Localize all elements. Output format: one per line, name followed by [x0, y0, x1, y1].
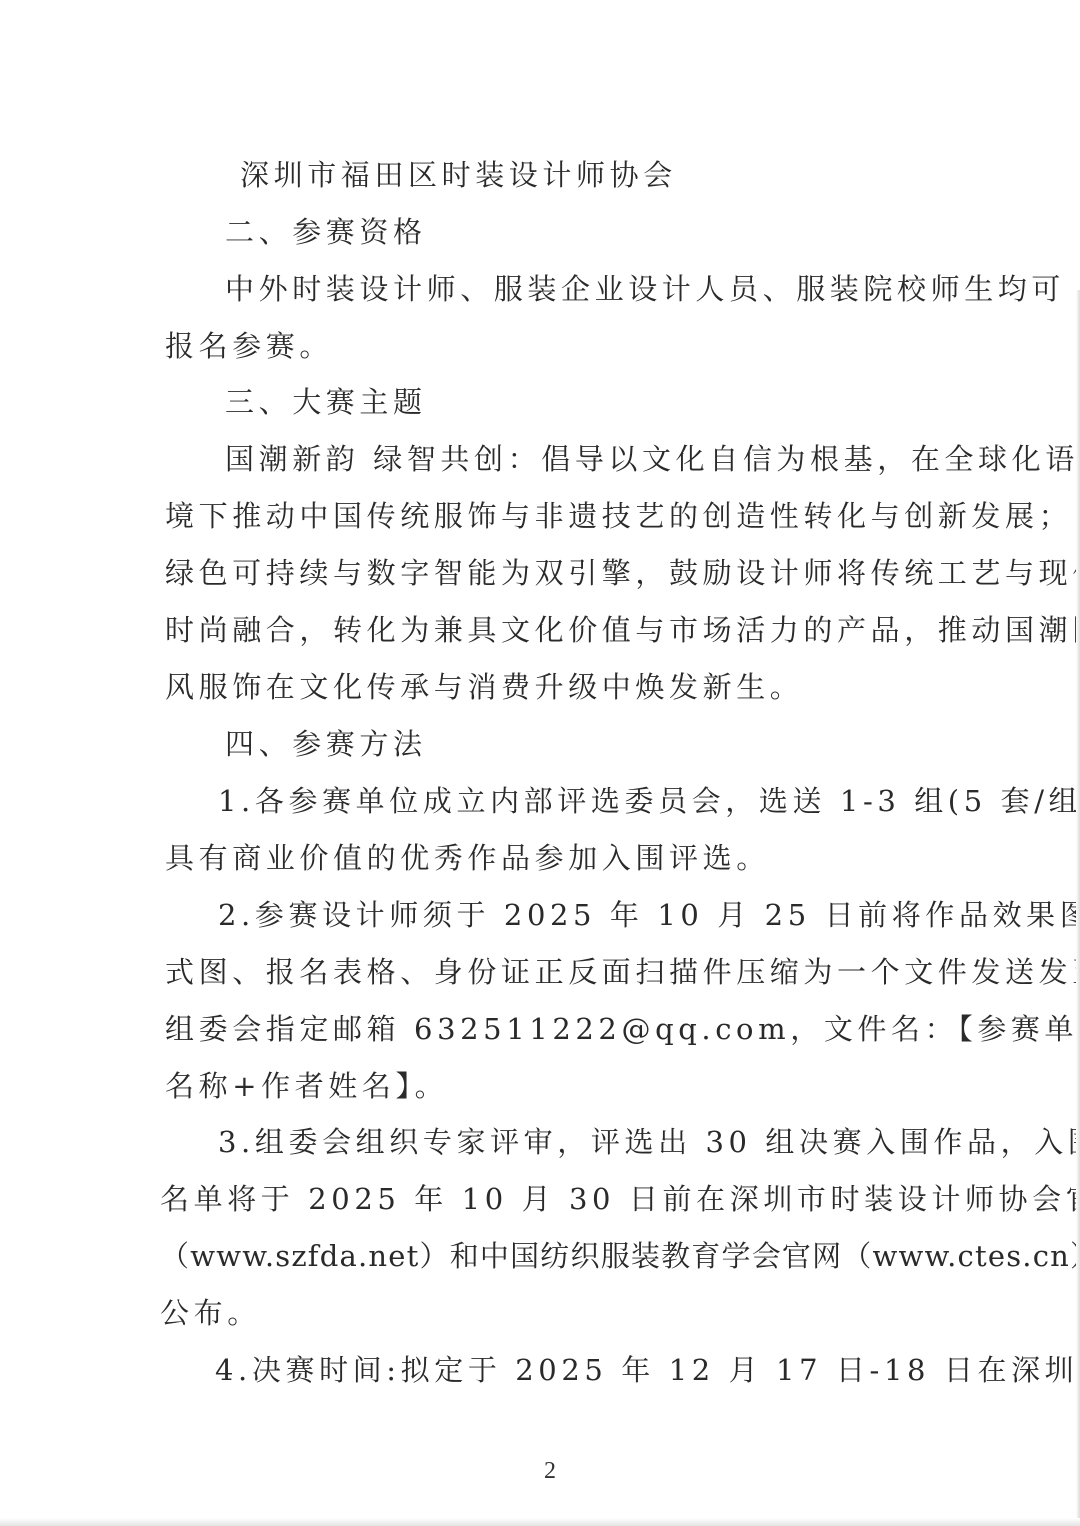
paragraph-line-websites: （www.szfda.net）和中国纺织服装教育学会官网（www.ctes.cn…: [160, 1236, 1080, 1276]
paragraph-line-email: 组委会指定邮箱 632511222@qq.com，文件名：【参赛单位+作品: [165, 1009, 1080, 1049]
list-item-1: 1.各参赛单位成立内部评选委员会，选送 1-3 组(5 套/组): [218, 781, 1080, 821]
paragraph-line: 中外时装设计师、服装企业设计人员、服装院校师生均可: [225, 269, 1065, 309]
paragraph-line: 时尚融合，转化为兼具文化价值与市场活力的产品，推动国潮国: [165, 610, 1080, 650]
paragraph-line: 境下推动中国传统服饰与非遗技艺的创造性转化与创新发展；以: [165, 496, 1080, 536]
paragraph-line: 名称+作者姓名】。: [165, 1066, 448, 1106]
organizer-line: 深圳市福田区时装设计师协会: [240, 155, 677, 195]
scan-edge-shadow: [1076, 290, 1080, 1526]
section-heading-eligibility: 二、参赛资格: [225, 212, 427, 252]
list-item-4: 4.决赛时间:拟定于 2025 年 12 月 17 日-18 日在深圳举行，: [215, 1350, 1080, 1390]
list-item-3: 3.组委会组织专家评审，评选出 30 组决赛入围作品，入围: [218, 1122, 1080, 1162]
list-item-2: 2.参赛设计师须于 2025 年 10 月 25 日前将作品效果图、款: [218, 895, 1080, 935]
paragraph-line: 报名参赛。: [165, 326, 333, 366]
paragraph-line: 公布。: [160, 1293, 261, 1333]
document-page: 深圳市福田区时装设计师协会 二、参赛资格 中外时装设计师、服装企业设计人员、服装…: [0, 0, 1080, 1526]
section-heading-method: 四、参赛方法: [225, 724, 427, 764]
section-heading-theme: 三、大赛主题: [225, 382, 427, 422]
paragraph-line: 具有商业价值的优秀作品参加入围评选。: [165, 838, 770, 878]
scan-bottom-shadow: [0, 1518, 1080, 1526]
page-number: 2: [0, 1458, 1080, 1485]
paragraph-line: 绿色可持续与数字智能为双引擎，鼓励设计师将传统工艺与现代: [165, 553, 1080, 593]
paragraph-line: 国潮新韵 绿智共创：倡导以文化自信为根基，在全球化语: [225, 439, 1079, 479]
paragraph-line: 式图、报名表格、身份证正反面扫描件压缩为一个文件发送发至: [165, 952, 1080, 992]
paragraph-line: 名单将于 2025 年 10 月 30 日前在深圳市时装设计师协会官网: [160, 1179, 1080, 1219]
paragraph-line: 风服饰在文化传承与消费升级中焕发新生。: [165, 667, 803, 707]
